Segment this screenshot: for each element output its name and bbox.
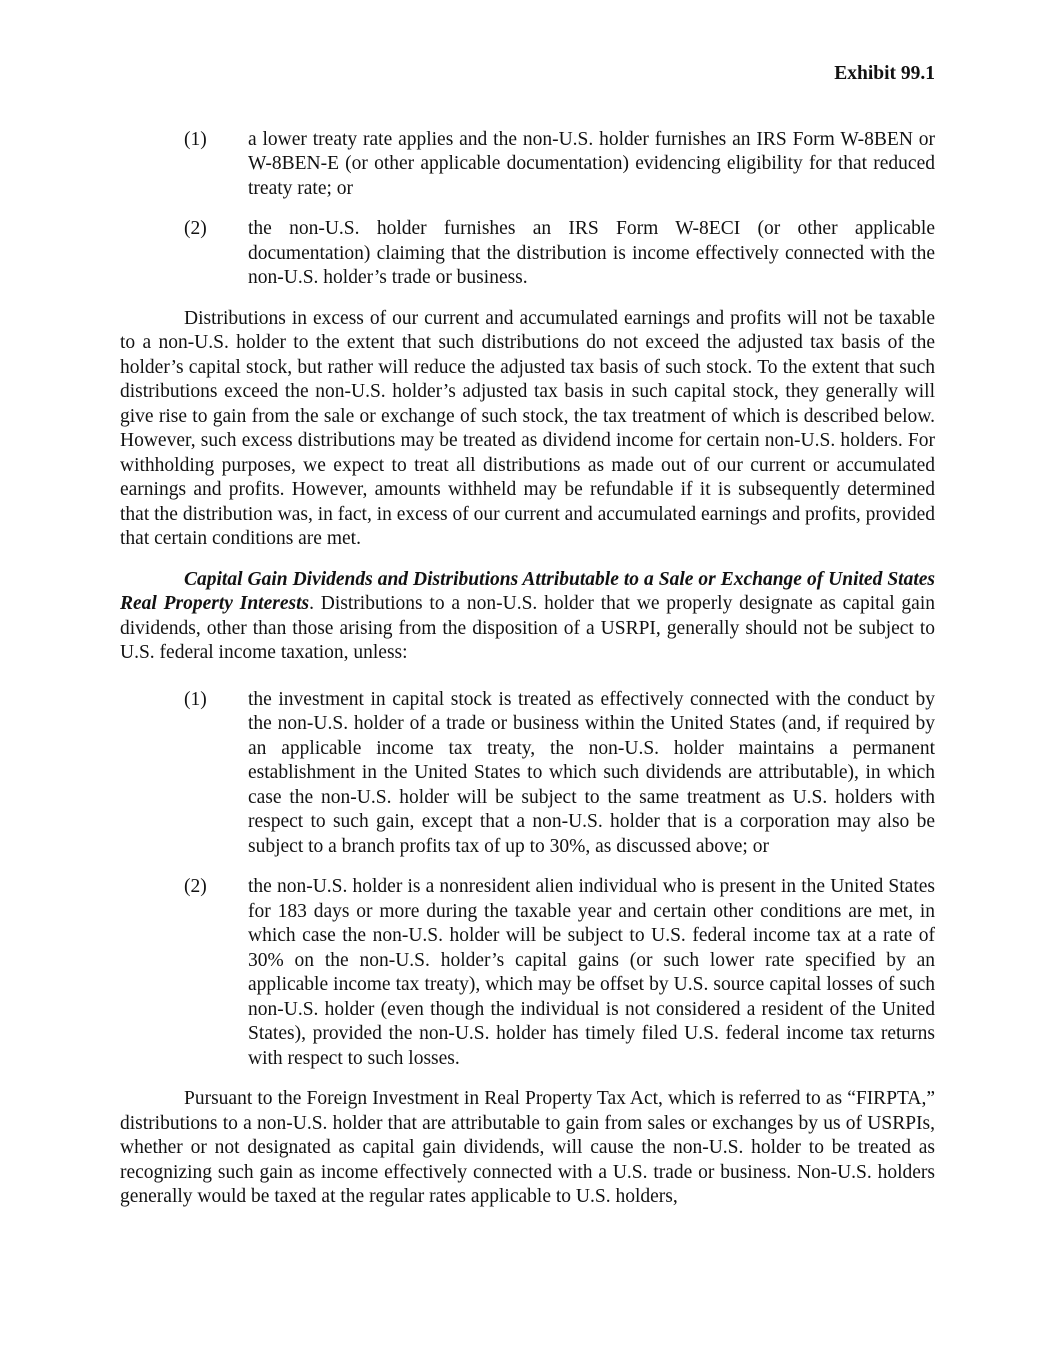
list-item-text: the non-U.S. holder is a nonresident ali… [248,875,935,1071]
exhibit-number-header: Exhibit 99.1 [120,62,935,87]
numbered-list-item: (2) the non-U.S. holder is a nonresident… [120,875,935,1071]
document-page: Exhibit 99.1 (1) a lower treaty rate app… [0,0,1055,1365]
numbered-list-item: (2) the non-U.S. holder furnishes an IRS… [120,217,935,291]
list-item-number: (1) [184,688,207,713]
numbered-list-item: (1) a lower treaty rate applies and the … [120,128,935,202]
list-item-number: (1) [184,128,207,153]
section-lead-paragraph: Capital Gain Dividends and Distributions… [120,568,935,666]
numbered-list-item: (1) the investment in capital stock is t… [120,688,935,860]
body-paragraph: Pursuant to the Foreign Investment in Re… [120,1087,935,1210]
list-item-number: (2) [184,217,207,242]
list-item-text: a lower treaty rate applies and the non-… [248,128,935,202]
list-item-text: the investment in capital stock is treat… [248,688,935,860]
body-paragraph: Distributions in excess of our current a… [120,307,935,552]
list-item-text: the non-U.S. holder furnishes an IRS For… [248,217,935,291]
list-item-number: (2) [184,875,207,900]
